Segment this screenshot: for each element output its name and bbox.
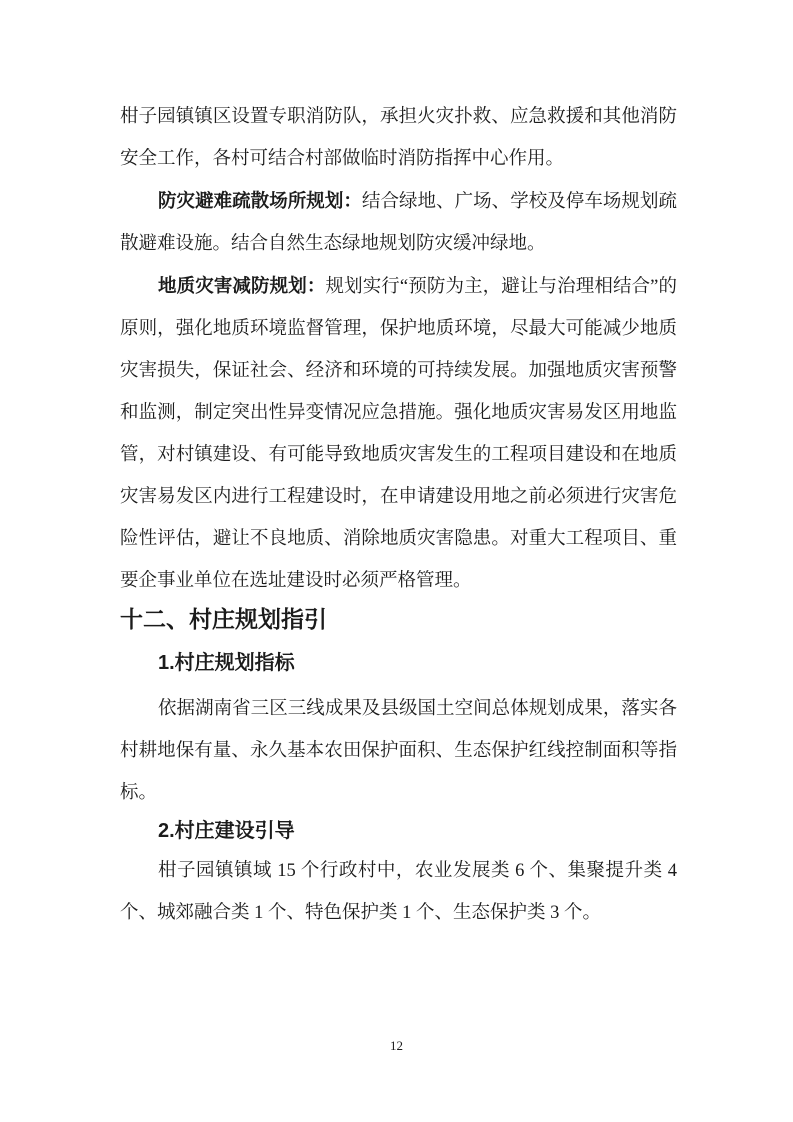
page-number: 12 (0, 1038, 793, 1054)
paragraph-village-planning-indicators: 依据湖南省三区三线成果及县级国土空间总体规划成果，落实各村耕地保有量、永久基本农… (120, 688, 677, 814)
section-heading-village-planning-guide: 十二、村庄规划指引 (120, 602, 677, 636)
paragraph-evacuation-planning: 防灾避难疏散场所规划：结合绿地、广场、学校及停车场规划疏散避难设施。结合自然生态… (120, 180, 677, 265)
page-content: 柑子园镇镇区设置专职消防队，承担火灾扑救、应急救援和其他消防安全工作，各村可结合… (120, 96, 677, 934)
paragraph-geohazard-planning: 地质灾害减防规划：规划实行“预防为主，避让与治理相结合”的原则，强化地质环境监督… (120, 265, 677, 602)
paragraph-fire-safety: 柑子园镇镇区设置专职消防队，承担火灾扑救、应急救援和其他消防安全工作，各村可结合… (120, 96, 677, 180)
evacuation-planning-label: 防灾避难疏散场所规划： (158, 190, 362, 211)
document-page: 柑子园镇镇区设置专职消防队，承担火灾扑救、应急救援和其他消防安全工作，各村可结合… (0, 0, 793, 1122)
geohazard-planning-text: 规划实行“预防为主，避让与治理相结合”的原则，强化地质环境监督管理，保护地质环境… (120, 277, 677, 591)
paragraph-village-construction-guidance: 柑子园镇镇域 15 个行政村中，农业发展类 6 个、集聚提升类 4 个、城郊融合… (120, 850, 677, 934)
geohazard-planning-label: 地质灾害减防规划： (158, 275, 325, 296)
sub-heading-village-planning-indicators: 1.村庄规划指标 (120, 648, 677, 678)
sub-heading-village-construction-guidance: 2.村庄建设引导 (120, 816, 677, 846)
